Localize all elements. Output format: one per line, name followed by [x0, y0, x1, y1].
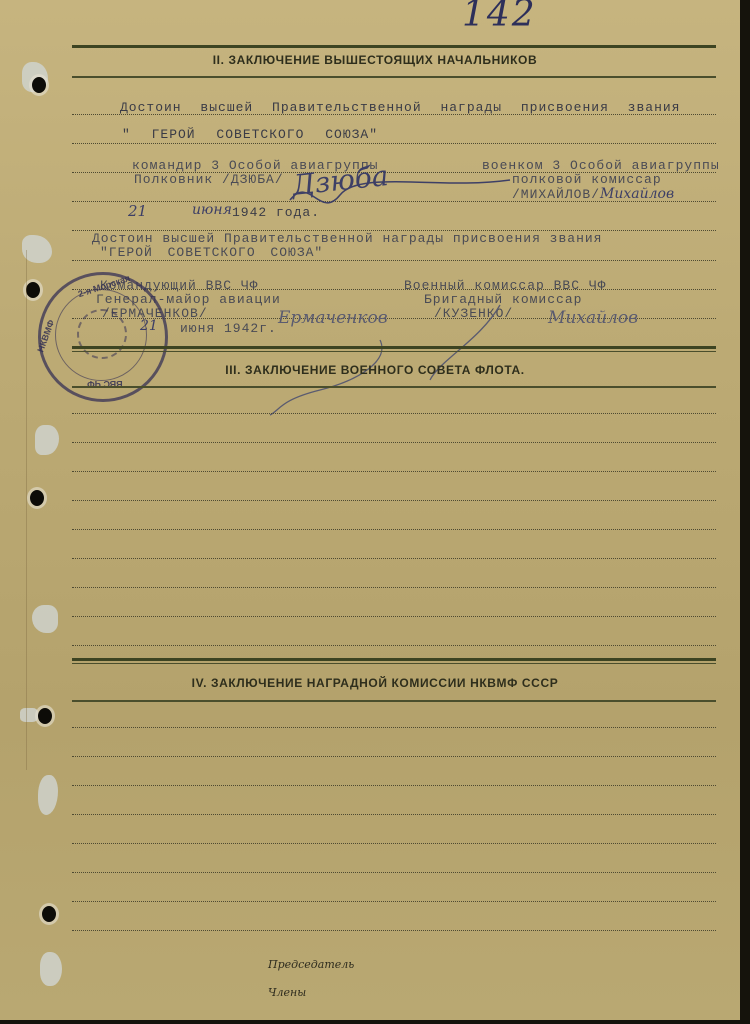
- binding-hole: [42, 906, 56, 922]
- recommendation2-line-1: Достоин высшей Правительственной награды…: [92, 231, 602, 246]
- signature-mikhailov: Михайлов: [600, 186, 674, 202]
- section-rule: [72, 76, 716, 78]
- paper-tear: [32, 605, 58, 633]
- form-line: [72, 727, 716, 728]
- form-line: [72, 471, 716, 472]
- section-rule: [72, 351, 716, 352]
- section-3-title: III. ЗАКЛЮЧЕНИЕ ВОЕННОГО СОВЕТА ФЛОТА.: [0, 363, 740, 377]
- date-day: 21: [128, 202, 147, 220]
- form-line: [72, 872, 716, 873]
- recommendation2-line-2: "ГЕРОЙ СОВЕТСКОГО СОЮЗА": [100, 245, 323, 260]
- form-line: [72, 500, 716, 501]
- paper-tear: [40, 952, 62, 986]
- recommendation-line-2: " ГЕРОЙ СОВЕТСКОГО СОЮЗА": [122, 127, 378, 142]
- section-rule: [72, 346, 716, 349]
- stamp-left-text: НКВМФ: [35, 318, 56, 353]
- form-line: [72, 143, 716, 144]
- form-line: [72, 616, 716, 617]
- recommendation-line-1: Достоин высшей Правительственной награды…: [120, 100, 680, 115]
- form-line: [72, 645, 716, 646]
- commissar-rank: полковой комиссар: [512, 172, 662, 187]
- signature-kuzenko: Михайлов: [548, 308, 638, 328]
- form-line: [72, 529, 716, 530]
- section-rule: [72, 663, 716, 664]
- section-2-title: II. ЗАКЛЮЧЕНИЕ ВЫШЕСТОЯЩИХ НАЧАЛЬНИКОВ: [0, 53, 740, 67]
- form-line: [72, 785, 716, 786]
- form-line: [72, 442, 716, 443]
- section-rule: [72, 700, 716, 702]
- form-line: [72, 558, 716, 559]
- folio-number: 142: [462, 0, 537, 35]
- binding-hole: [26, 282, 40, 298]
- section-4-title: IV. ЗАКЛЮЧЕНИЕ НАГРАДНОЙ КОМИССИИ НКВМФ …: [0, 676, 740, 690]
- section-rule: [72, 658, 716, 661]
- form-line: [72, 843, 716, 844]
- chairman-label: Председатель: [268, 958, 354, 971]
- signature-stroke: [260, 300, 520, 420]
- binding-hole: [32, 77, 46, 93]
- commissar-name: /МИХАЙЛОВ/: [512, 187, 600, 202]
- members-label: Члены: [268, 986, 306, 999]
- form-line: [72, 587, 716, 588]
- archival-document-page: 142 II. ЗАКЛЮЧЕНИЕ ВЫШЕСТОЯЩИХ НАЧАЛЬНИК…: [0, 0, 740, 1020]
- paper-tear: [38, 775, 58, 815]
- scan-edge: [740, 0, 750, 1024]
- section-rule: [72, 45, 716, 48]
- form-line: [72, 901, 716, 902]
- signature-flourish: [280, 170, 520, 220]
- margin-rule: [26, 250, 27, 770]
- form-line: [72, 756, 716, 757]
- official-seal-stamp: 2-я Морская НКВМФ ВВС ЧФ: [38, 272, 168, 402]
- binding-hole: [30, 490, 44, 506]
- form-line: [72, 413, 716, 414]
- binding-hole: [38, 708, 52, 724]
- paper-tear: [35, 425, 59, 455]
- date-month: июня: [192, 202, 232, 218]
- form-line: [72, 930, 716, 931]
- scan-edge: [0, 1020, 750, 1024]
- section-rule: [72, 386, 716, 388]
- commander-rank-name: Полковник /ДЗЮБА/: [134, 172, 284, 187]
- form-line: [72, 814, 716, 815]
- form-line: [72, 260, 716, 261]
- air-force-commissar-position: Военный комиссар ВВС ЧФ: [404, 278, 606, 293]
- paper-tear: [20, 708, 38, 722]
